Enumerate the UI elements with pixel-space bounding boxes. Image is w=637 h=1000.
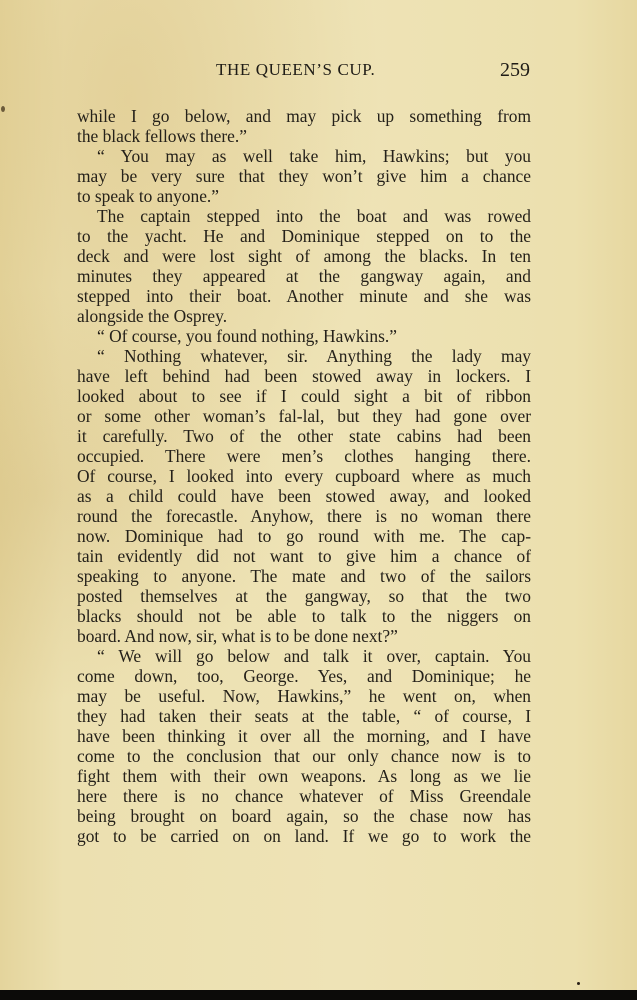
text-line: now. Dominique had to go round with me. … bbox=[77, 526, 531, 546]
text-line: have left behind had been stowed away in… bbox=[77, 366, 531, 386]
text-line: round the forecastle. Anyhow, there is n… bbox=[77, 506, 531, 526]
paper-speck bbox=[1, 106, 5, 112]
book-page: THE QUEEN’S CUP. 259 while I go below, a… bbox=[0, 0, 637, 990]
text-line: as a child could have been stowed away, … bbox=[77, 486, 531, 506]
text-line: tain evidently did not want to give him … bbox=[77, 546, 531, 566]
text-line: fight them with their own weapons. As lo… bbox=[77, 766, 531, 786]
text-line: blacks should not be able to talk to the… bbox=[77, 606, 531, 626]
page-number: 259 bbox=[500, 59, 530, 82]
paper-speck bbox=[577, 982, 580, 985]
text-line: to the yacht. He and Dominique stepped o… bbox=[77, 226, 531, 246]
text-line: posted themselves at the gangway, so tha… bbox=[77, 586, 531, 606]
text-line: being brought on board again, so the cha… bbox=[77, 806, 531, 826]
text-line: while I go below, and may pick up someth… bbox=[77, 106, 531, 126]
text-line: come to the conclusion that our only cha… bbox=[77, 746, 531, 766]
text-line: here there is no chance whatever of Miss… bbox=[77, 786, 531, 806]
text-line: come down, too, George. Yes, and Dominiq… bbox=[77, 666, 531, 686]
text-line: deck and were lost sight of among the bl… bbox=[77, 246, 531, 266]
body-text: while I go below, and may pick up someth… bbox=[77, 106, 531, 846]
scan-border bbox=[0, 990, 637, 1000]
text-line: may be very sure that they won’t give hi… bbox=[77, 166, 531, 186]
text-line: looked about to see if I could sight a b… bbox=[77, 386, 531, 406]
text-line: or some other woman’s fal-lal, but they … bbox=[77, 406, 531, 426]
text-line: may be useful. Now, Hawkins,” he went on… bbox=[77, 686, 531, 706]
text-line: board. And now, sir, what is to be done … bbox=[77, 626, 531, 646]
text-line: “ Of course, you found nothing, Hawkins.… bbox=[77, 326, 531, 346]
text-line: got to be carried on on land. If we go t… bbox=[77, 826, 531, 846]
text-line: “ Nothing whatever, sir. Anything the la… bbox=[77, 346, 531, 366]
text-line: stepped into their boat. Another minute … bbox=[77, 286, 531, 306]
text-line: have been thinking it over all the morni… bbox=[77, 726, 531, 746]
text-line: “ You may as well take him, Hawkins; but… bbox=[77, 146, 531, 166]
text-line: the black fellows there.” bbox=[77, 126, 531, 146]
text-line: they had taken their seats at the table,… bbox=[77, 706, 531, 726]
text-line: it carefully. Two of the other state cab… bbox=[77, 426, 531, 446]
text-line: to speak to anyone.” bbox=[77, 186, 531, 206]
page-header: THE QUEEN’S CUP. 259 bbox=[0, 60, 637, 84]
text-line: Of course, I looked into every cupboard … bbox=[77, 466, 531, 486]
text-line: The captain stepped into the boat and wa… bbox=[77, 206, 531, 226]
text-line: speaking to anyone. The mate and two of … bbox=[77, 566, 531, 586]
text-line: “ We will go below and talk it over, cap… bbox=[77, 646, 531, 666]
text-line: alongside the Osprey. bbox=[77, 306, 531, 326]
text-line: minutes they appeared at the gangway aga… bbox=[77, 266, 531, 286]
text-line: occupied. There were men’s clothes hangi… bbox=[77, 446, 531, 466]
running-title: THE QUEEN’S CUP. bbox=[216, 60, 375, 80]
